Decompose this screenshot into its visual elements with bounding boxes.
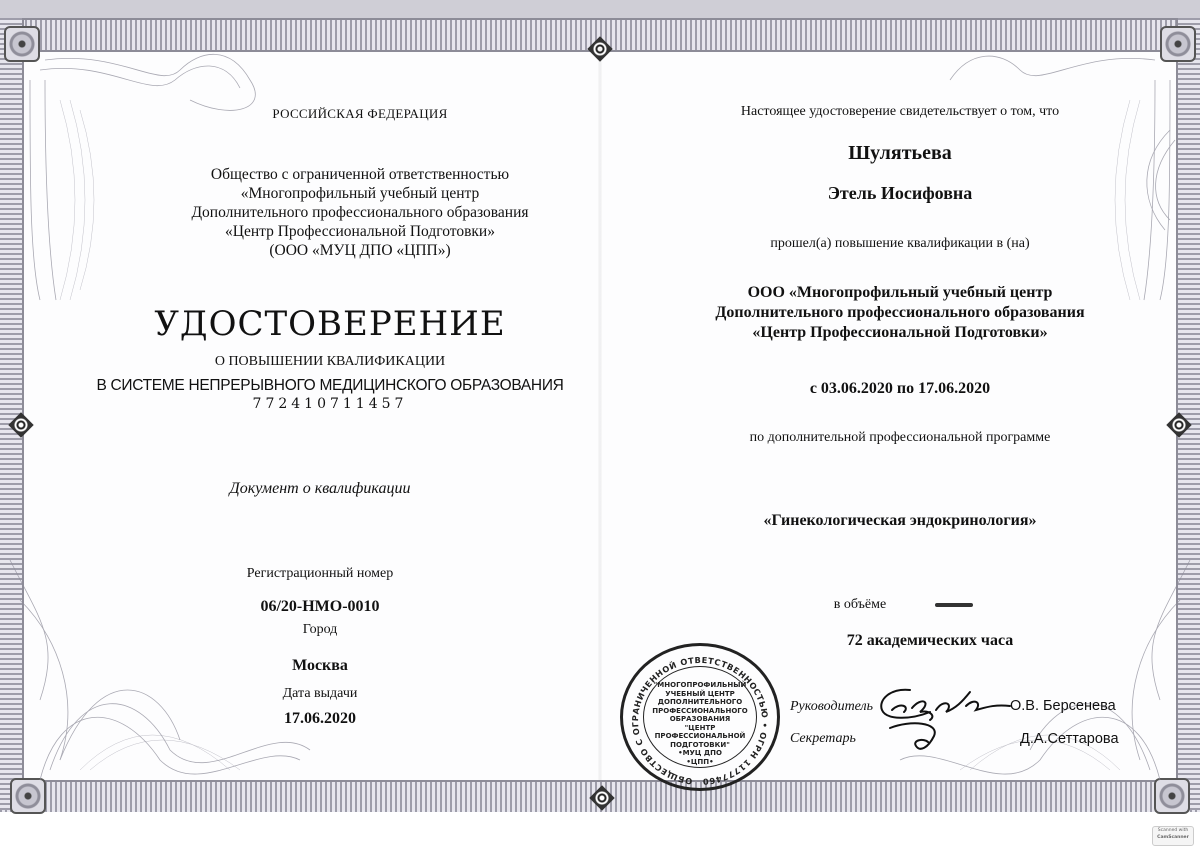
scanner-watermark: Scanned with CamScanner [1152, 826, 1194, 846]
page-fold [598, 48, 602, 780]
issuer-line: «Центр Профессиональной Подготовки» [100, 222, 620, 241]
training-org-line: ООО «Многопрофильный учебный центр [640, 283, 1160, 303]
document-type: Документ о квалификации [160, 480, 480, 498]
country-label: РОССИЙСКАЯ ФЕДЕРАЦИЯ [150, 106, 570, 122]
training-org-line: Дополнительного профессионального образо… [640, 303, 1160, 323]
document-title: УДОСТОВЕРЕНИЕ [60, 304, 600, 344]
education-system-line: В СИСТЕМЕ НЕПРЕРЫВНОГО МЕДИЦИНСКОГО ОБРА… [40, 377, 620, 395]
issue-date: 17.06.2020 [160, 710, 480, 728]
training-period: с 03.06.2020 по 17.06.2020 [650, 380, 1150, 398]
document-subtitle: О ПОВЫШЕНИИ КВАЛИФИКАЦИИ [60, 354, 600, 370]
volume-label: в объёме [780, 597, 940, 613]
training-org-line: «Центр Профессиональной Подготовки» [640, 323, 1160, 343]
corner-ornament-icon [1160, 26, 1196, 62]
registration-label: Регистрационный номер [160, 566, 480, 582]
city-label: Город [160, 622, 480, 638]
certificate-scan: РОССИЙСКАЯ ФЕДЕРАЦИЯ Общество с ограниче… [0, 0, 1200, 850]
city-value: Москва [160, 657, 480, 675]
stamp-inner-ring: "МНОГОПРОФИЛЬНЫЙ УЧЕБНЫЙ ЦЕНТР ДОПОЛНИТЕ… [643, 666, 757, 768]
issuer-organization: Общество с ограниченной ответственностью… [100, 165, 620, 260]
issuer-line: «Многопрофильный учебный центр [100, 184, 620, 203]
corner-ornament-icon [4, 26, 40, 62]
handwritten-signature [870, 680, 1030, 760]
certification-intro: Настоящее удостоверение свидетельствует … [650, 104, 1150, 120]
stamp-center-text: "МНОГОПРОФИЛЬНЫЙ УЧЕБНЫЙ ЦЕНТР ДОПОЛНИТЕ… [652, 681, 748, 766]
recipient-surname: Шулятьева [650, 142, 1150, 165]
program-name: «Гинекологическая эндокринология» [650, 512, 1150, 530]
scan-top-shadow [0, 0, 1200, 18]
registration-number: 06/20-НМО-0010 [160, 598, 480, 616]
scan-bottom-margin [0, 812, 1200, 850]
issuer-line: (ООО «МУЦ ДПО «ЦПП») [100, 241, 620, 260]
issuer-line: Дополнительного профессионального образо… [100, 203, 620, 222]
issuer-line: Общество с ограниченной ответственностью [100, 165, 620, 184]
completed-text: прошел(а) повышение квалификации в (на) [650, 236, 1150, 252]
training-organization: ООО «Многопрофильный учебный центр Допол… [640, 283, 1160, 343]
issue-date-label: Дата выдачи [160, 686, 480, 702]
redaction-mark [935, 603, 973, 607]
recipient-given-names: Этель Иосифовна [650, 183, 1150, 204]
serial-number: 772410711457 [60, 396, 600, 412]
official-stamp: ОБЩЕСТВО С ОГРАНИЧЕННОЙ ОТВЕТСТВЕННОСТЬЮ… [620, 643, 780, 791]
corner-ornament-icon [1154, 778, 1190, 814]
program-label: по дополнительной профессиональной прогр… [650, 430, 1150, 446]
corner-ornament-icon [10, 778, 46, 814]
scanner-watermark-line: Scanned with [1153, 827, 1193, 834]
signatory-name: Д.А.Сеттарова [1020, 731, 1140, 747]
scanner-watermark-brand: CamScanner [1153, 834, 1193, 841]
